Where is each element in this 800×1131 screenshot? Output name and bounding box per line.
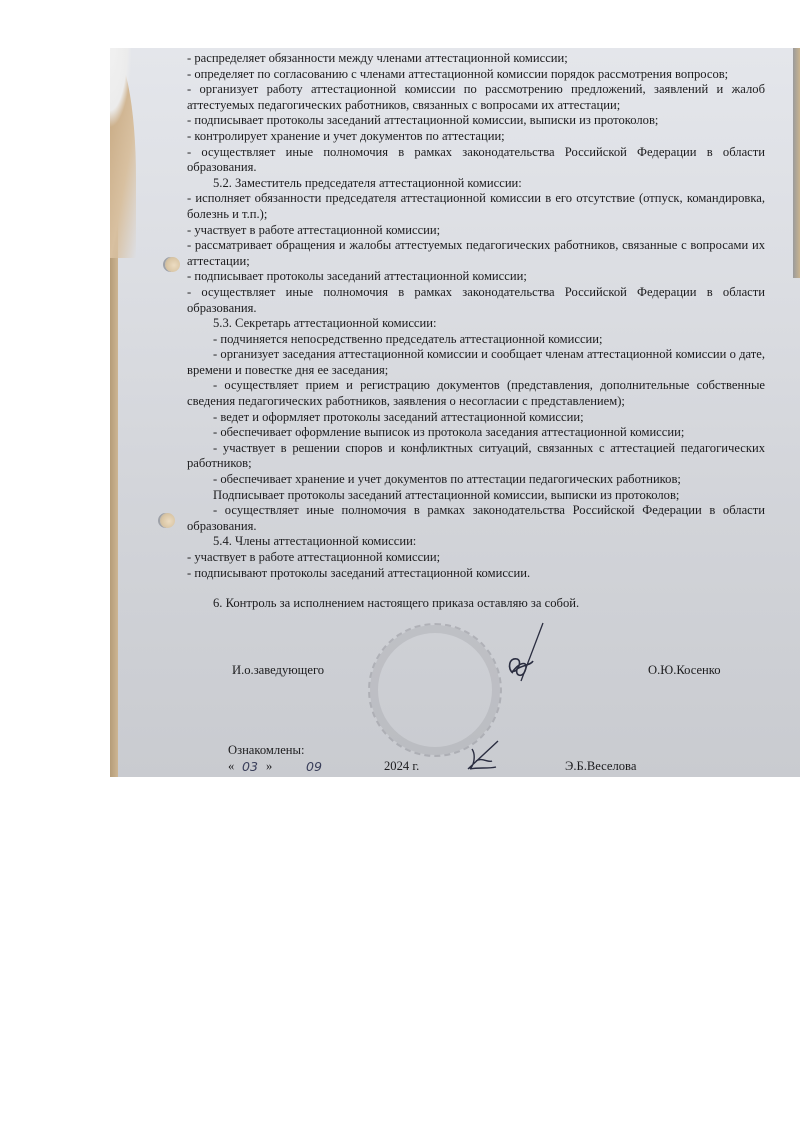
list-item: - осуществляет иные полномочия в рамках …: [187, 285, 765, 316]
signature-icon: [503, 621, 549, 687]
control-clause: 6. Контроль за исполнением настоящего пр…: [187, 596, 765, 612]
list-item: - организует работу аттестационной комис…: [187, 82, 765, 113]
list-item: - исполняет обязанности председателя атт…: [187, 191, 765, 222]
spacer: [187, 581, 765, 596]
list-item: Подписывает протоколы заседаний аттестац…: [187, 488, 765, 504]
list-item: - распределяет обязанности между членами…: [187, 51, 765, 67]
date-day: 03: [242, 759, 258, 774]
list-item: - осуществляет иные полномочия в рамках …: [187, 145, 765, 176]
list-item: - осуществляет прием и регистрацию докум…: [187, 378, 765, 409]
official-stamp-icon: [368, 623, 502, 757]
table-surface-right: [793, 48, 800, 278]
list-item: - подписывают протоколы заседаний аттест…: [187, 566, 765, 582]
list-item: - подписывает протоколы заседаний аттест…: [187, 113, 765, 129]
punch-hole-icon: [160, 513, 175, 528]
list-item: - участвует в решении споров и конфликтн…: [187, 441, 765, 472]
list-item: - контролирует хранение и учет документо…: [187, 129, 765, 145]
section-heading: 5.3. Секретарь аттестационной комиссии:: [187, 316, 765, 332]
document-body: - распределяет обязанности между членами…: [187, 51, 765, 612]
section-heading: 5.2. Заместитель председателя аттестацио…: [187, 176, 765, 192]
document-photo: - распределяет обязанности между членами…: [110, 48, 800, 777]
list-item: - определяет по согласованию с членами а…: [187, 67, 765, 83]
date-quote-open: «: [228, 759, 234, 774]
list-item: - подписывает протоколы заседаний аттест…: [187, 269, 765, 285]
list-item: - рассматривает обращения и жалобы аттес…: [187, 238, 765, 269]
section-heading: 5.4. Члены аттестационной комиссии:: [187, 534, 765, 550]
date-year: 2024 г.: [384, 759, 419, 774]
acknowledgement-title: Ознакомлены:: [228, 743, 304, 758]
list-item: - подчиняется непосредственно председате…: [187, 332, 765, 348]
acknowledgement-signature-icon: [462, 739, 502, 775]
list-item: - участвует в работе аттестационной коми…: [187, 550, 765, 566]
list-item: - ведет и оформляет протоколы заседаний …: [187, 410, 765, 426]
list-item: - осуществляет иные полномочия в рамках …: [187, 503, 765, 534]
list-item: - организует заседания аттестационной ко…: [187, 347, 765, 378]
date-month: 09: [306, 759, 322, 774]
signatory-position: И.о.заведующего: [232, 663, 324, 678]
date-quote-close: »: [266, 759, 272, 774]
list-item: - обеспечивает оформление выписок из про…: [187, 425, 765, 441]
signatory-name: О.Ю.Косенко: [648, 663, 721, 678]
list-item: - обеспечивает хранение и учет документо…: [187, 472, 765, 488]
list-item: - участвует в работе аттестационной коми…: [187, 223, 765, 239]
paper-curl: [110, 48, 132, 128]
punch-hole-icon: [165, 257, 180, 272]
acknowledgee-name: Э.Б.Веселова: [565, 759, 636, 774]
